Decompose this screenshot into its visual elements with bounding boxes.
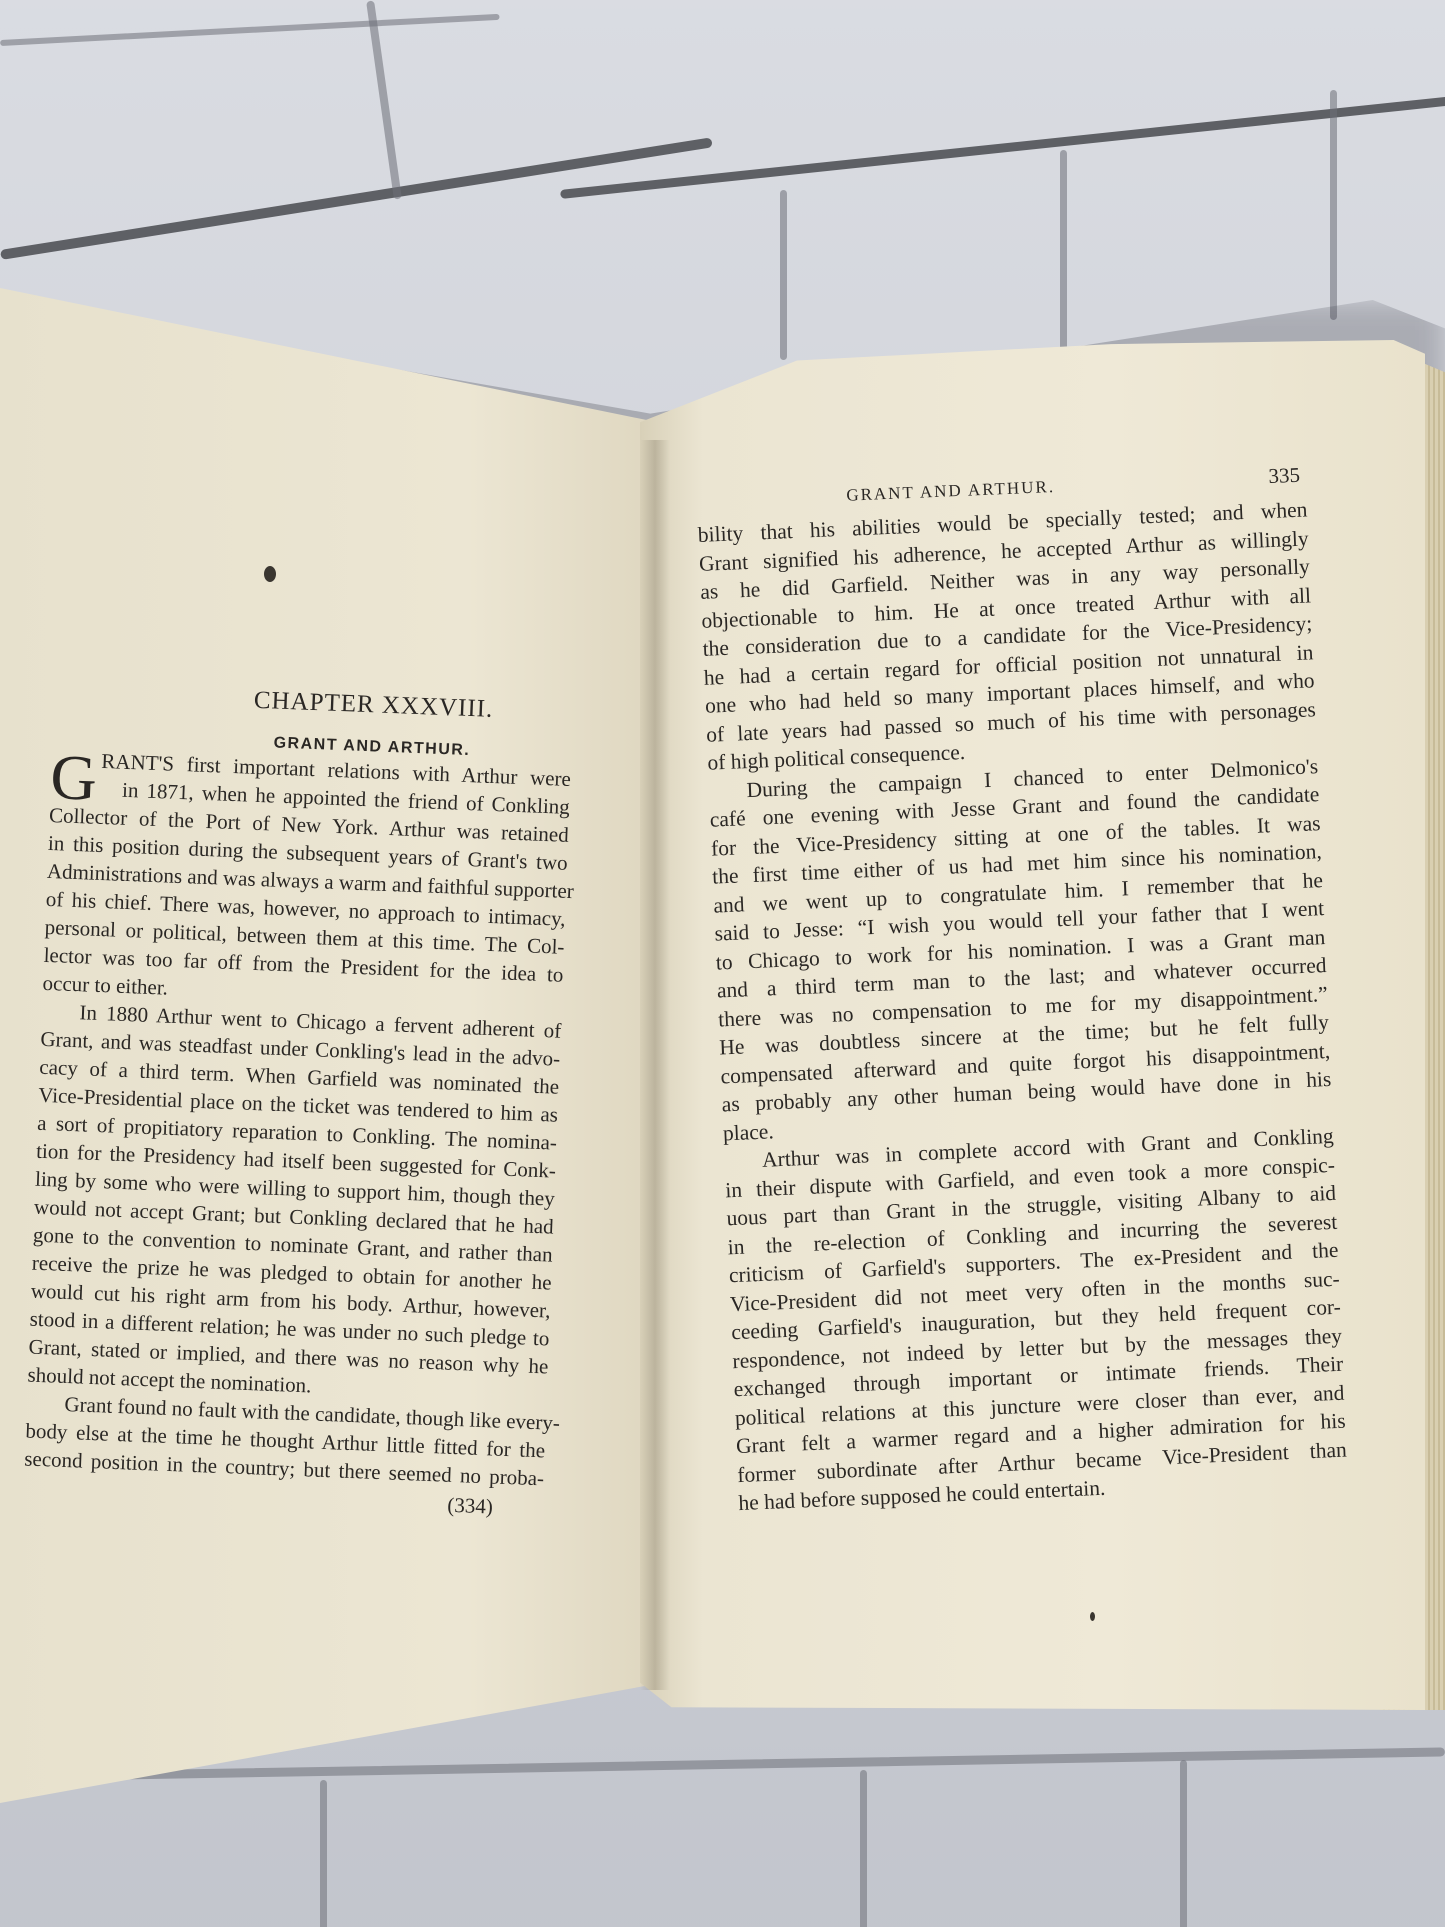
book-spine-gutter — [640, 440, 670, 1690]
mortar-line — [860, 1770, 867, 1927]
running-title: GRANT AND ARTHUR. — [846, 478, 1055, 504]
ink-speck — [264, 566, 276, 582]
mortar-line — [366, 0, 402, 199]
drop-cap: G — [50, 751, 98, 805]
right-page-text: GRANT AND ARTHUR. 335 bility that his ab… — [696, 464, 1349, 1521]
left-page-text: CHAPTER XXXVIII. GRANT AND ARTHUR. G RAN… — [23, 740, 572, 1519]
page-number: 335 — [1268, 464, 1306, 487]
paragraph: In 1880 Arthur went to Chicago a fervent… — [27, 1001, 562, 1413]
paragraph: bility that his abilities would be speci… — [697, 499, 1317, 781]
paragraph: During the campaign I chanced to enter D… — [708, 756, 1333, 1152]
mortar-line — [780, 190, 787, 360]
mortar-line — [0, 14, 500, 46]
mortar-line — [1060, 150, 1067, 350]
mortar-line — [1180, 1760, 1187, 1927]
paragraph: Arthur was in complete accord with Grant… — [724, 1126, 1349, 1522]
mortar-line — [320, 1780, 327, 1927]
mortar-line — [0, 137, 713, 260]
ink-speck — [1090, 1612, 1095, 1621]
paragraph: G RANT'S first important relations with … — [42, 749, 571, 1021]
mortar-line — [1330, 90, 1337, 320]
